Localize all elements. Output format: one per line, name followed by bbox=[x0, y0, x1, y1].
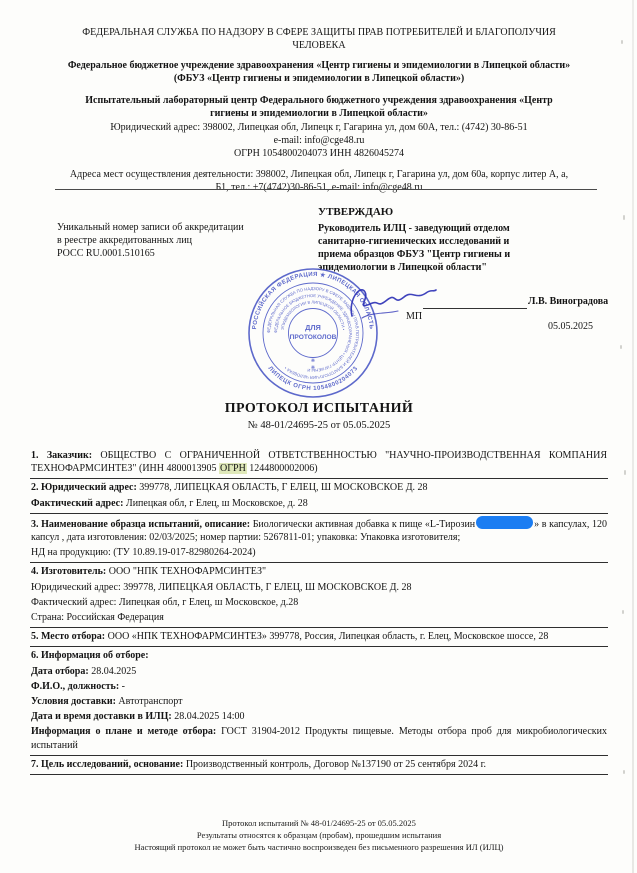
field-value: ООО "НПК ТЕХНОФАРМСИНТЕЗ" bbox=[109, 566, 266, 577]
section-6: 6. Информация об отборе:Дата отбора: 28.… bbox=[30, 647, 608, 755]
legal-address: Юридический адрес: 398002, Липецкая обл,… bbox=[30, 121, 608, 134]
field-label: Информация о плане и методе отбора: bbox=[31, 726, 221, 737]
scan-speck bbox=[622, 610, 624, 614]
highlighted-text: ОГРН bbox=[219, 463, 247, 474]
ogrn-inn: ОГРН 1054800204073 ИНН 4826045274 bbox=[30, 147, 608, 160]
scan-edge-shadow bbox=[632, 0, 634, 873]
accreditation-line: Уникальный номер записи об аккредитации bbox=[57, 221, 244, 234]
stamp-ornament: ❋ bbox=[311, 365, 315, 371]
activity-addresses: Адреса мест осуществления деятельности: … bbox=[30, 168, 608, 194]
testing-lab-center-name: Испытательный лабораторный центр Федерал… bbox=[30, 94, 608, 120]
approval-line: приема образцов ФБУЗ "Центр гигиены и bbox=[318, 248, 606, 261]
field-label: Дата и время доставки в ИЛЦ: bbox=[31, 711, 174, 722]
document-number: № 48-01/24695-25 от 05.05.2025 bbox=[30, 420, 608, 431]
section-paragraph: Информация о плане и методе отбора: ГОСТ… bbox=[31, 725, 607, 751]
footer-line: Протокол испытаний № 48-01/24695-25 от 0… bbox=[30, 817, 608, 829]
federal-service-name: ФЕДЕРАЛЬНАЯ СЛУЖБА ПО НАДЗОРУ В СФЕРЕ ЗА… bbox=[30, 26, 608, 52]
field-value: 1244800002006) bbox=[247, 463, 318, 474]
field-value: НД на продукцию: (ТУ 10.89.19-017-829802… bbox=[31, 547, 256, 558]
section-paragraph: 2. Юридический адрес: 399778, ЛИПЕЦКАЯ О… bbox=[31, 481, 607, 494]
field-value: Производственный контроль, Договор №1371… bbox=[186, 759, 486, 770]
field-label: 7. Цель исследований, основание: bbox=[31, 759, 186, 770]
section-7: 7. Цель исследований, основание: Произво… bbox=[30, 756, 608, 775]
redaction-pill bbox=[476, 516, 533, 529]
section-paragraph: Условия доставки: Автотранспорт bbox=[31, 695, 607, 708]
scan-speck bbox=[624, 470, 626, 475]
section-paragraph: 7. Цель исследований, основание: Произво… bbox=[31, 758, 607, 771]
field-value: Юридический адрес: 399778, ЛИПЕЦКАЯ ОБЛА… bbox=[31, 582, 412, 593]
section-paragraph: 4. Изготовитель: ООО "НПК ТЕХНОФАРМСИНТЕ… bbox=[31, 565, 607, 578]
field-value: Страна: Российская Федерация bbox=[31, 612, 164, 623]
field-label: 6. Информация об отборе: bbox=[31, 650, 149, 661]
section-paragraph: НД на продукцию: (ТУ 10.89.19-017-829802… bbox=[31, 546, 607, 559]
section-paragraph: 3. Наименование образца испытаний, описа… bbox=[31, 516, 607, 544]
field-value: 28.04.2025 14:00 bbox=[174, 711, 244, 722]
footer-line: Результаты относятся к образцам (пробам)… bbox=[30, 829, 608, 841]
field-label: 5. Место отбора: bbox=[31, 631, 108, 642]
field-value: ООО «НПК ТЕХНОФАРМСИНТЕЗ» 399778, Россия… bbox=[108, 631, 549, 642]
mp-label: МП bbox=[406, 311, 422, 322]
section-1: 1. Заказчик: ОБЩЕСТВО С ОГРАНИЧЕННОЙ ОТВ… bbox=[30, 447, 608, 479]
signer-name: Л.В. Виноградова bbox=[528, 296, 608, 307]
approval-heading: УТВЕРЖДАЮ bbox=[318, 206, 606, 219]
field-label: 2. Юридический адрес: bbox=[31, 482, 139, 493]
field-value: Фактический адрес: Липецкая обл, г Елец,… bbox=[31, 597, 298, 608]
section-paragraph: Юридический адрес: 399778, ЛИПЕЦКАЯ ОБЛА… bbox=[31, 581, 607, 594]
signature-line bbox=[423, 308, 527, 309]
section-paragraph: 1. Заказчик: ОБЩЕСТВО С ОГРАНИЧЕННОЙ ОТВ… bbox=[31, 449, 607, 475]
accreditation-line: в реестре аккредитованных лиц bbox=[57, 234, 244, 247]
stamp-center-line2: ПРОТОКОЛОВ bbox=[290, 334, 337, 341]
letterhead: ФЕДЕРАЛЬНАЯ СЛУЖБА ПО НАДЗОРУ В СФЕРЕ ЗА… bbox=[30, 26, 608, 194]
section-4: 4. Изготовитель: ООО "НПК ТЕХНОФАРМСИНТЕ… bbox=[30, 563, 608, 628]
section-paragraph: 6. Информация об отборе: bbox=[31, 649, 607, 662]
approval-line: Руководитель ИЛЦ - заведующий отделом bbox=[318, 222, 606, 235]
field-value: 28.04.2025 bbox=[91, 666, 136, 677]
section-paragraph: Ф.И.О., должность: - bbox=[31, 680, 607, 693]
header-divider bbox=[55, 189, 597, 190]
stamp-inner-circle bbox=[289, 309, 338, 358]
section-5: 5. Место отбора: ООО «НПК ТЕХНОФАРМСИНТЕ… bbox=[30, 628, 608, 647]
scan-speck bbox=[621, 40, 623, 44]
accreditation-number: РОСС RU.0001.510165 bbox=[57, 247, 244, 260]
page-footer: Протокол испытаний № 48-01/24695-25 от 0… bbox=[30, 817, 608, 853]
section-3: 3. Наименование образца испытаний, описа… bbox=[30, 514, 608, 564]
scan-speck bbox=[620, 345, 622, 349]
field-label: Условия доставки: bbox=[31, 696, 118, 707]
field-value: Автотранспорт bbox=[118, 696, 182, 707]
signature bbox=[346, 278, 438, 324]
stamp-ornament: ❋ bbox=[311, 358, 315, 364]
field-label: 1. Заказчик: bbox=[31, 450, 100, 461]
field-label: Ф.И.О., должность: bbox=[31, 681, 122, 692]
approval-line: санитарно-гигиенических исследований и bbox=[318, 235, 606, 248]
field-value: - bbox=[122, 681, 125, 692]
organization-name: Федеральное бюджетное учреждение здравоо… bbox=[30, 59, 608, 85]
field-label: Фактический адрес: bbox=[31, 498, 126, 509]
email: e-mail: info@cge48.ru bbox=[30, 134, 608, 147]
field-value: Биологически активная добавка к пище «L-… bbox=[253, 519, 475, 530]
approval-block: УТВЕРЖДАЮ Руководитель ИЛЦ - заведующий … bbox=[318, 206, 606, 274]
section-paragraph: Страна: Российская Федерация bbox=[31, 611, 607, 624]
field-label: 3. Наименование образца испытаний, описа… bbox=[31, 519, 253, 530]
field-label: Дата отбора: bbox=[31, 666, 91, 677]
accreditation-block: Уникальный номер записи об аккредитации … bbox=[57, 221, 244, 260]
stamp-center-line1: ДЛЯ bbox=[305, 323, 321, 332]
field-value: ОБЩЕСТВО С ОГРАНИЧЕННОЙ ОТВЕТСТВЕННОСТЬЮ… bbox=[31, 450, 607, 474]
section-2: 2. Юридический адрес: 399778, ЛИПЕЦКАЯ О… bbox=[30, 479, 608, 513]
field-value: Липецкая обл, г Елец, ш Московское, д. 2… bbox=[126, 498, 308, 509]
section-paragraph: 5. Место отбора: ООО «НПК ТЕХНОФАРМСИНТЕ… bbox=[31, 630, 607, 643]
section-paragraph: Дата отбора: 28.04.2025 bbox=[31, 665, 607, 678]
scan-speck bbox=[623, 215, 625, 220]
field-value: 399778, ЛИПЕЦКАЯ ОБЛАСТЬ, Г ЕЛЕЦ, Ш МОСК… bbox=[139, 482, 427, 493]
section-paragraph: Фактический адрес: Липецкая обл, г Елец,… bbox=[31, 596, 607, 609]
section-paragraph: Дата и время доставки в ИЛЦ: 28.04.2025 … bbox=[31, 710, 607, 723]
document-title: ПРОТОКОЛ ИСПЫТАНИЙ bbox=[30, 401, 608, 417]
field-label: 4. Изготовитель: bbox=[31, 566, 109, 577]
footer-line: Настоящий протокол не может быть частичн… bbox=[30, 841, 608, 853]
section-paragraph: Фактический адрес: Липецкая обл, г Елец,… bbox=[31, 497, 607, 510]
approval-date: 05.05.2025 bbox=[548, 321, 593, 332]
sections: 1. Заказчик: ОБЩЕСТВО С ОГРАНИЧЕННОЙ ОТВ… bbox=[30, 447, 608, 775]
scan-speck bbox=[623, 770, 625, 774]
